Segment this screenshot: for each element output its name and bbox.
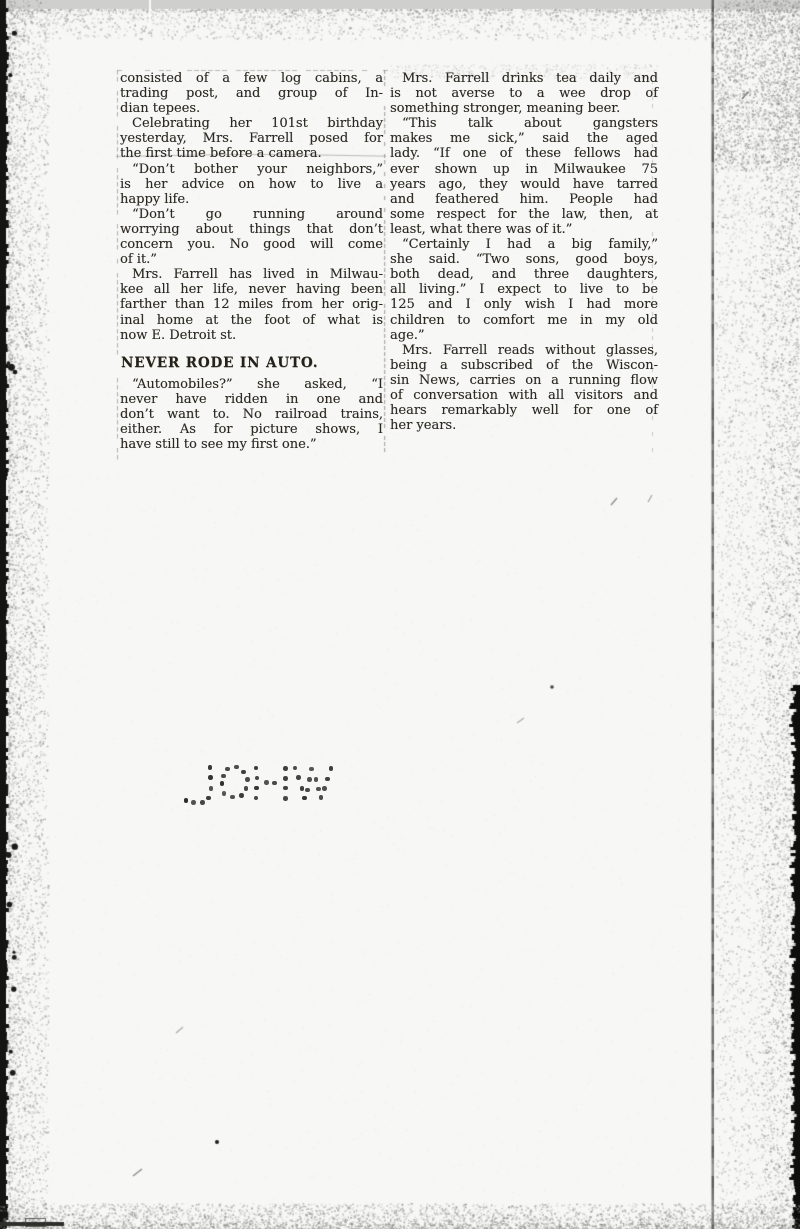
- text-line: of it.”: [120, 252, 383, 267]
- stamp-dot: [307, 777, 312, 782]
- text-line: now E. Detroit st.: [120, 328, 383, 343]
- stamp-dot: [245, 777, 250, 782]
- text-line: Mrs. Farrell has lived in Milwau-: [120, 267, 383, 282]
- text-line: worrying about things that don’t: [120, 222, 383, 237]
- stamp-dot: [319, 795, 324, 800]
- text-line: something stronger, meaning beer.: [390, 101, 658, 116]
- stamp-dot: [302, 796, 307, 801]
- stamp-dot: [208, 775, 213, 780]
- text-line: have still to see my first one.”: [120, 437, 383, 452]
- stamp-dot: [272, 781, 277, 786]
- text-line: age.”: [390, 328, 658, 343]
- stamp-dot: [220, 781, 225, 786]
- text-line: is not averse to a wee drop of: [390, 86, 658, 101]
- stamp-dot: [191, 800, 196, 805]
- text-line: being a subscribed of the Wiscon-: [390, 358, 658, 373]
- article-column-right: Mrs. Farrell drinks tea daily andis not …: [390, 71, 658, 433]
- text-line: Mrs. Farrell drinks tea daily and: [390, 71, 658, 86]
- stamp-dot: [322, 786, 327, 791]
- text-line: Mrs. Farrell reads without glasses,: [390, 343, 658, 358]
- stamp-dot: [309, 767, 314, 772]
- stamp-dot: [221, 774, 226, 779]
- newspaper-article: consisted of a few log cabins, atrading …: [120, 71, 665, 471]
- stamp-dot: [283, 796, 288, 801]
- stamp-dot: [209, 786, 214, 791]
- text-line: trading post, and group of In-: [120, 86, 383, 101]
- text-line: both dead, and three daughters,: [390, 267, 658, 282]
- stamp-dot: [283, 766, 288, 771]
- stamp-dot: [264, 780, 269, 785]
- text-line: “Don’t go running around: [120, 207, 383, 222]
- text-line: farther than 12 miles from her orig-: [120, 297, 383, 312]
- text-line: she said. “Two sons, good boys,: [390, 252, 658, 267]
- text-line: ever shown up in Milwaukee 75: [390, 162, 658, 177]
- stamp-dot: [184, 798, 189, 803]
- text-line: years ago, they would have tarred: [390, 177, 658, 192]
- text-line: consisted of a few log cabins, a: [120, 71, 383, 86]
- article-subheading: NEVER RODE IN AUTO.: [121, 356, 383, 371]
- stamp-dot: [293, 766, 298, 771]
- stamp-dot: [208, 765, 213, 770]
- stamp-dot: [254, 796, 259, 801]
- text-line: Celebrating her 101st birthday: [120, 116, 383, 131]
- perforation-stamp: [183, 764, 333, 810]
- stamp-dot: [325, 777, 330, 782]
- text-line: makes me sick,” said the aged: [390, 131, 658, 146]
- stamp-dot: [254, 786, 259, 791]
- text-line: inal home at the foot of what is: [120, 313, 383, 328]
- stamp-dot: [244, 786, 249, 791]
- text-line: the first time before a camera.: [120, 146, 383, 161]
- text-line: all living.” I expect to live to be: [390, 282, 658, 297]
- text-line: sin News, carries on a running flow: [390, 373, 658, 388]
- stamp-dot: [234, 765, 239, 770]
- text-line: either. As for picture shows, I: [120, 422, 383, 437]
- text-line: is her advice on how to live a: [120, 177, 383, 192]
- stamp-dot: [200, 800, 205, 805]
- text-line: some respect for the law, then, at: [390, 207, 658, 222]
- stamp-dot: [300, 786, 305, 791]
- stamp-dot: [225, 767, 230, 772]
- stamp-dot: [241, 770, 246, 775]
- text-line: dian tepees.: [120, 101, 383, 116]
- stamp-dot: [283, 786, 288, 791]
- text-line: her years.: [390, 418, 658, 433]
- text-line: “Don’t bother your neighbors,”: [120, 162, 383, 177]
- text-line: never have ridden in one and: [120, 392, 383, 407]
- stamp-dot: [283, 776, 288, 781]
- stamp-dot: [230, 795, 235, 800]
- text-line: “Certainly I had a big family,”: [390, 237, 658, 252]
- stamp-dot: [206, 796, 211, 801]
- text-line: kee all her life, never having been: [120, 282, 383, 297]
- text-line: of conversation with all visitors and: [390, 388, 658, 403]
- stamp-dot: [254, 766, 259, 771]
- text-line: and feathered him. People had: [390, 192, 658, 207]
- text-line: happy life.: [120, 192, 383, 207]
- stamp-dot: [305, 788, 310, 793]
- text-line: concern you. No good will come: [120, 237, 383, 252]
- text-line: “This talk about gangsters: [390, 116, 658, 131]
- stamp-dot: [314, 777, 319, 782]
- text-line: yesterday, Mrs. Farrell posed for: [120, 131, 383, 146]
- text-line: hears remarkably well for one of: [390, 403, 658, 418]
- text-line: least, what there was of it.”: [390, 222, 658, 237]
- text-line: 125 and I only wish I had more: [390, 297, 658, 312]
- stamp-dot: [239, 793, 244, 798]
- article-column-left: consisted of a few log cabins, atrading …: [120, 71, 383, 452]
- text-line: don’t want to. No railroad trains,: [120, 407, 383, 422]
- stamp-dot: [255, 776, 260, 781]
- text-line: lady. “If one of these fellows had: [390, 146, 658, 161]
- stamp-dot: [222, 791, 227, 796]
- text-line: “Automobiles?” she asked, “I: [120, 377, 383, 392]
- stamp-dot: [296, 775, 301, 780]
- stamp-dot: [316, 787, 321, 792]
- text-line: children to comfort me in my old: [390, 313, 658, 328]
- stamp-dot: [329, 766, 334, 771]
